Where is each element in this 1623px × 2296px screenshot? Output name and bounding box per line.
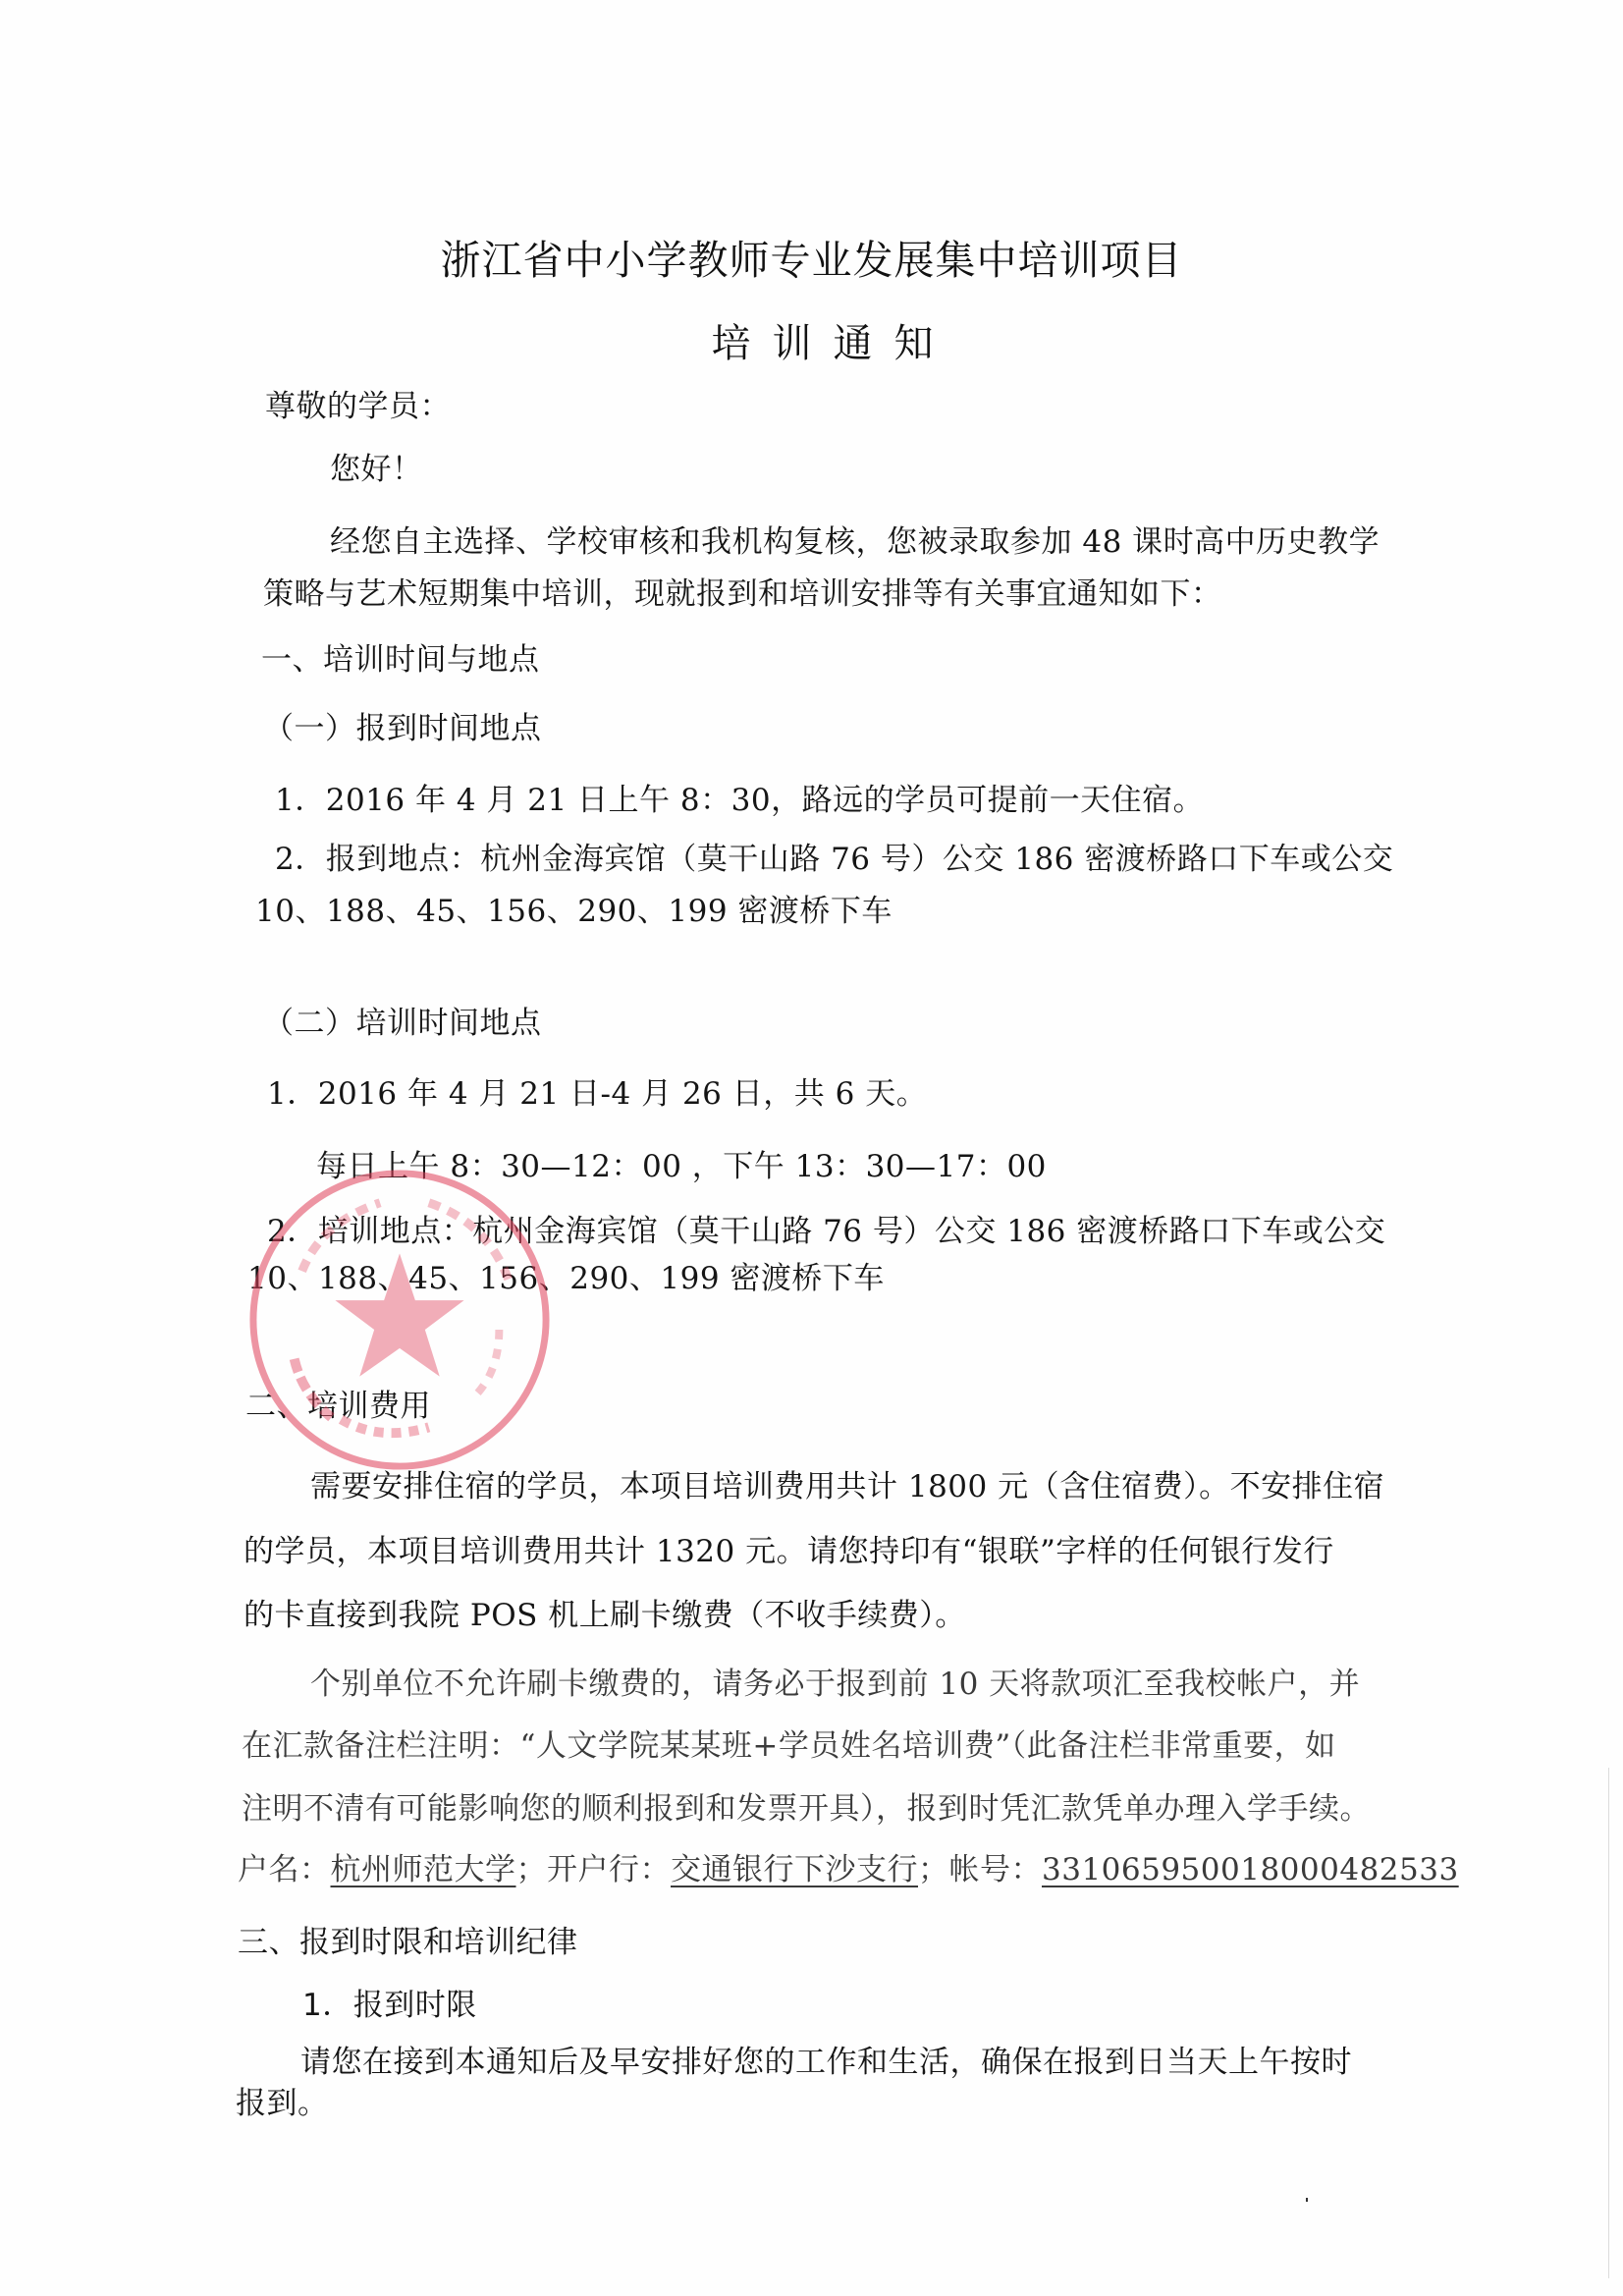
account-separator-2: ；: [918, 1852, 949, 1887]
greeting: 您好！: [330, 450, 423, 489]
section-1-sub-2-item-1: 1．2016 年 4 月 21 日-4 月 26 日，共 6 天。: [267, 1074, 927, 1114]
document-subtitle: 培训通知: [0, 312, 1623, 368]
section-1-sub-2-item-2-line-2: 10、188、45、156、290、199 密渡桥下车: [247, 1259, 885, 1298]
section-1-sub-2-heading: （二）培训时间地点: [263, 1004, 542, 1043]
section-3-heading: 三、报到时限和培训纪律: [238, 1923, 578, 1962]
fee-para-1-line-1: 需要安排住宿的学员，本项目培训费用共计 1800 元（含住宿费）。不安排住宿: [310, 1467, 1384, 1506]
fee-para-2-line-3: 注明不清有可能影响您的顺利报到和发票开具），报到时凭汇款凭单办理入学手续。: [242, 1789, 1371, 1829]
section-1-sub-2-item-2-line-1: 2．培训地点：杭州金海宾馆（莫干山路 76 号）公交 186 密渡桥路口下车或公…: [267, 1212, 1385, 1251]
bank-label: 开户行：: [547, 1852, 671, 1887]
scan-edge-artifact: [1608, 1768, 1609, 2278]
section-1-sub-1-item-2-line-1: 2．报到地点：杭州金海宾馆（莫干山路 76 号）公交 186 密渡桥路口下车或公…: [275, 840, 1393, 879]
account-number-label: 帐号：: [949, 1852, 1043, 1887]
bank-account-line: 户名：杭州师范大学；开户行：交通银行下沙支行；帐号：33106595001800…: [238, 1850, 1459, 1889]
document-title: 浙江省中小学教师专业发展集中培训项目: [0, 228, 1623, 286]
section-1-heading: 一、培训时间与地点: [261, 640, 540, 680]
section-3-item-1-heading: 1．报到时限: [302, 1986, 477, 2025]
section-1-sub-1-item-2-line-2: 10、188、45、156、290、199 密渡桥下车: [255, 892, 893, 931]
fee-para-1-line-3: 的卡直接到我院 POS 机上刷卡缴费（不收手续费）。: [243, 1596, 966, 1635]
intro-line-2: 策略与艺术短期集中培训，现就报到和培训安排等有关事宜通知如下：: [263, 574, 1222, 614]
section-1-daily-schedule: 每日上午 8：30—12：00 ，下午 13：30—17：00: [316, 1147, 1047, 1186]
section-3-item-1-line-1: 请您在接到本通知后及早安排好您的工作和生活，确保在报到日当天上午按时: [300, 2043, 1352, 2082]
account-name-value: 杭州师范大学: [331, 1852, 516, 1887]
section-3-item-1-line-2: 报到。: [236, 2084, 329, 2123]
document-page: 浙江省中小学教师专业发展集中培训项目 培训通知 尊敬的学员： 您好！ 经您自主选…: [0, 0, 1623, 2296]
account-number-value: 331065950018000482533: [1042, 1852, 1459, 1887]
salutation: 尊敬的学员：: [265, 387, 451, 426]
bank-value: 交通银行下沙支行: [671, 1852, 918, 1887]
section-1-sub-1-heading: （一）报到时间地点: [263, 709, 542, 748]
scan-speck: [1306, 2198, 1308, 2202]
account-separator-1: ；: [516, 1852, 548, 1887]
fee-para-2-line-2: 在汇款备注栏注明：“人文学院某某班+学员姓名培训费”（此备注栏非常重要，如: [242, 1726, 1336, 1766]
section-2-heading: 二、培训费用: [245, 1387, 431, 1426]
intro-line-1: 经您自主选择、学校审核和我机构复核，您被录取参加 48 课时高中历史教学: [330, 522, 1380, 562]
fee-para-1-line-2: 的学员，本项目培训费用共计 1320 元。请您持印有“银联”字样的任何银行发行: [243, 1532, 1334, 1571]
account-name-label: 户名：: [238, 1852, 331, 1887]
fee-para-2-line-1: 个别单位不允许刷卡缴费的，请务必于报到前 10 天将款项汇至我校帐户，并: [310, 1665, 1360, 1704]
section-1-sub-1-item-1: 1．2016 年 4 月 21 日上午 8：30，路远的学员可提前一天住宿。: [275, 781, 1204, 820]
official-seal-stamp-icon: [243, 1164, 556, 1476]
